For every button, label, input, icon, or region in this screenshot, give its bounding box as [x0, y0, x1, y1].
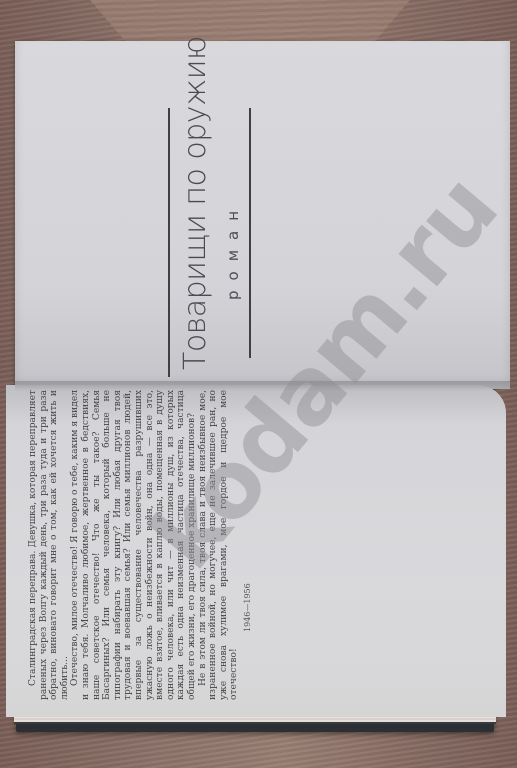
paragraph: Сталинградская переправа. Девушка, котор… [28, 390, 70, 700]
book-subtitle: роман [224, 201, 242, 300]
title-rule-right [249, 108, 251, 358]
table-surface [90, 0, 410, 45]
book-title: Товарищи по оружию [178, 36, 213, 370]
dates: 1946—1956 [243, 583, 252, 632]
title-rule-left [168, 108, 170, 377]
